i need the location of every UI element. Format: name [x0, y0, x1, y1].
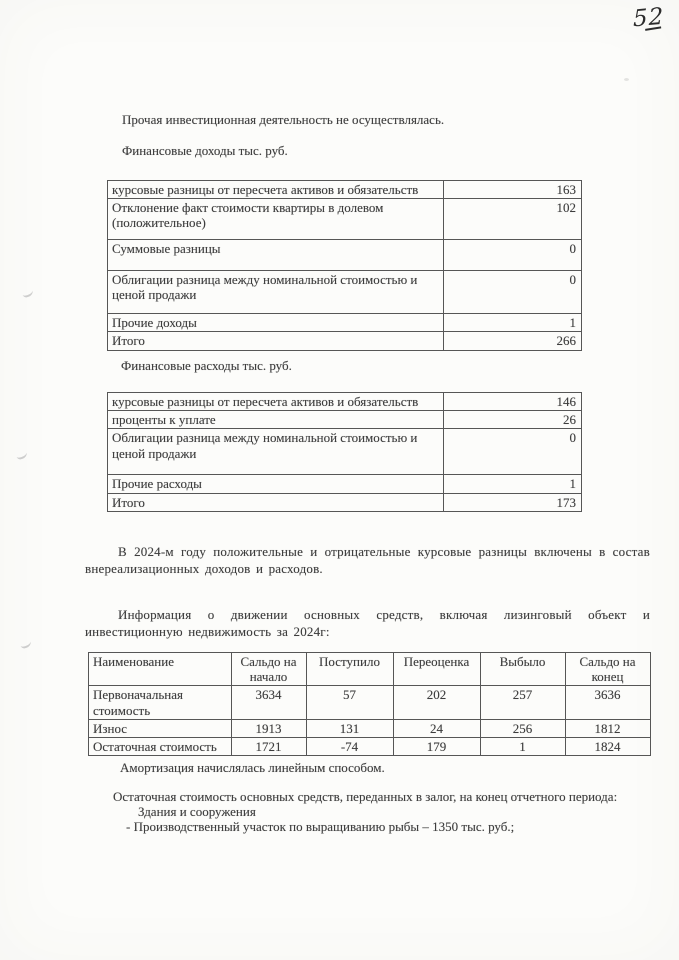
- row-value: 0: [444, 429, 582, 475]
- paragraph-pledge: Остаточная стоимость основных средств, п…: [113, 789, 617, 805]
- cell-value: -74: [307, 738, 394, 756]
- paragraph-fixed-assets-info: Информация о движении основных средств, …: [85, 606, 650, 640]
- row-value: 146: [444, 393, 582, 411]
- column-header: Поступило: [307, 653, 394, 686]
- row-value: 163: [444, 181, 582, 199]
- row-label: Итого: [108, 493, 444, 511]
- column-header: Наименование: [89, 653, 232, 686]
- cell-value: 1913: [232, 719, 307, 737]
- column-header: Сальдо на конец: [566, 653, 651, 686]
- row-label: курсовые разницы от пересчета активов и …: [108, 181, 444, 199]
- paragraph-2024-differences: В 2024-м году положительные и отрицатель…: [85, 543, 650, 577]
- expense-table-title: Финансовые расходы тыс. руб.: [121, 358, 292, 374]
- fixed-assets-table: Наименование Сальдо на начало Поступило …: [88, 652, 651, 756]
- margin-mark: [19, 638, 32, 650]
- row-value: 0: [444, 240, 582, 271]
- paragraph-amortization: Амортизация начислялась линейным способо…: [120, 760, 385, 776]
- cell-value: 24: [394, 719, 481, 737]
- paragraph-other-investing: Прочая инвестиционная деятельность не ос…: [122, 112, 444, 128]
- table-row: Суммовые разницы 0: [108, 240, 582, 271]
- row-label: Облигации разница между номинальной стои…: [108, 429, 444, 475]
- paragraph-buildings: Здания и сооружения: [138, 804, 256, 820]
- cell-value: 1721: [232, 738, 307, 756]
- cell-value: 57: [307, 686, 394, 719]
- cell-value: 1: [481, 738, 566, 756]
- table-row: Прочие доходы 1: [108, 314, 582, 332]
- row-label: Прочие расходы: [108, 475, 444, 493]
- income-table-title: Финансовые доходы тыс. руб.: [122, 143, 288, 159]
- cell-value: 257: [481, 686, 566, 719]
- row-label: Облигации разница между номинальной стои…: [108, 271, 444, 314]
- table-row: Облигации разница между номинальной стои…: [108, 429, 582, 475]
- scanned-document-page: 52 Прочая инвестиционная деятельность не…: [0, 0, 679, 960]
- column-header: Выбыло: [481, 653, 566, 686]
- row-value: 1: [444, 475, 582, 493]
- row-label: Итого: [108, 332, 444, 350]
- row-label: проценты к уплате: [108, 411, 444, 429]
- cell-value: 1812: [566, 719, 651, 737]
- table-row: курсовые разницы от пересчета активов и …: [108, 393, 582, 411]
- income-table: курсовые разницы от пересчета активов и …: [107, 180, 582, 351]
- column-header: Переоценка: [394, 653, 481, 686]
- table-row: Прочие расходы 1: [108, 475, 582, 493]
- row-value: 266: [444, 332, 582, 350]
- table-row: Остаточная стоимость 1721 -74 179 1 1824: [89, 738, 651, 756]
- row-label: Прочие доходы: [108, 314, 444, 332]
- row-label: курсовые разницы от пересчета активов и …: [108, 393, 444, 411]
- cell-value: 3634: [232, 686, 307, 719]
- column-header: Сальдо на начало: [232, 653, 307, 686]
- table-row: Облигации разница между номинальной стои…: [108, 271, 582, 314]
- row-name: Износ: [89, 719, 232, 737]
- table-row: Первоначальная стоимость 3634 57 202 257…: [89, 686, 651, 719]
- table-row: Износ 1913 131 24 256 1812: [89, 719, 651, 737]
- row-label: Отклонение факт стоимости квартиры в дол…: [108, 199, 444, 240]
- cell-value: 3636: [566, 686, 651, 719]
- cell-value: 256: [481, 719, 566, 737]
- table-total-row: Итого 266: [108, 332, 582, 350]
- row-value: 1: [444, 314, 582, 332]
- cell-value: 202: [394, 686, 481, 719]
- row-label: Суммовые разницы: [108, 240, 444, 271]
- row-name: Остаточная стоимость: [89, 738, 232, 756]
- cell-value: 179: [394, 738, 481, 756]
- margin-mark: [15, 449, 28, 461]
- margin-mark: [21, 287, 34, 299]
- scan-speck: [624, 78, 629, 81]
- row-value: 26: [444, 411, 582, 429]
- table-row: Отклонение факт стоимости квартиры в дол…: [108, 199, 582, 240]
- expense-table: курсовые разницы от пересчета активов и …: [107, 392, 582, 512]
- row-value: 102: [444, 199, 582, 240]
- table-row: проценты к уплате 26: [108, 411, 582, 429]
- cell-value: 1824: [566, 738, 651, 756]
- paragraph-fish-site: - Производственный участок по выращивани…: [126, 819, 514, 835]
- row-value: 173: [444, 493, 582, 511]
- row-value: 0: [444, 271, 582, 314]
- row-name: Первоначальная стоимость: [89, 686, 232, 719]
- table-header-row: Наименование Сальдо на начало Поступило …: [89, 653, 651, 686]
- table-total-row: Итого 173: [108, 493, 582, 511]
- cell-value: 131: [307, 719, 394, 737]
- table-row: курсовые разницы от пересчета активов и …: [108, 181, 582, 199]
- handwritten-page-number: 52: [633, 4, 665, 33]
